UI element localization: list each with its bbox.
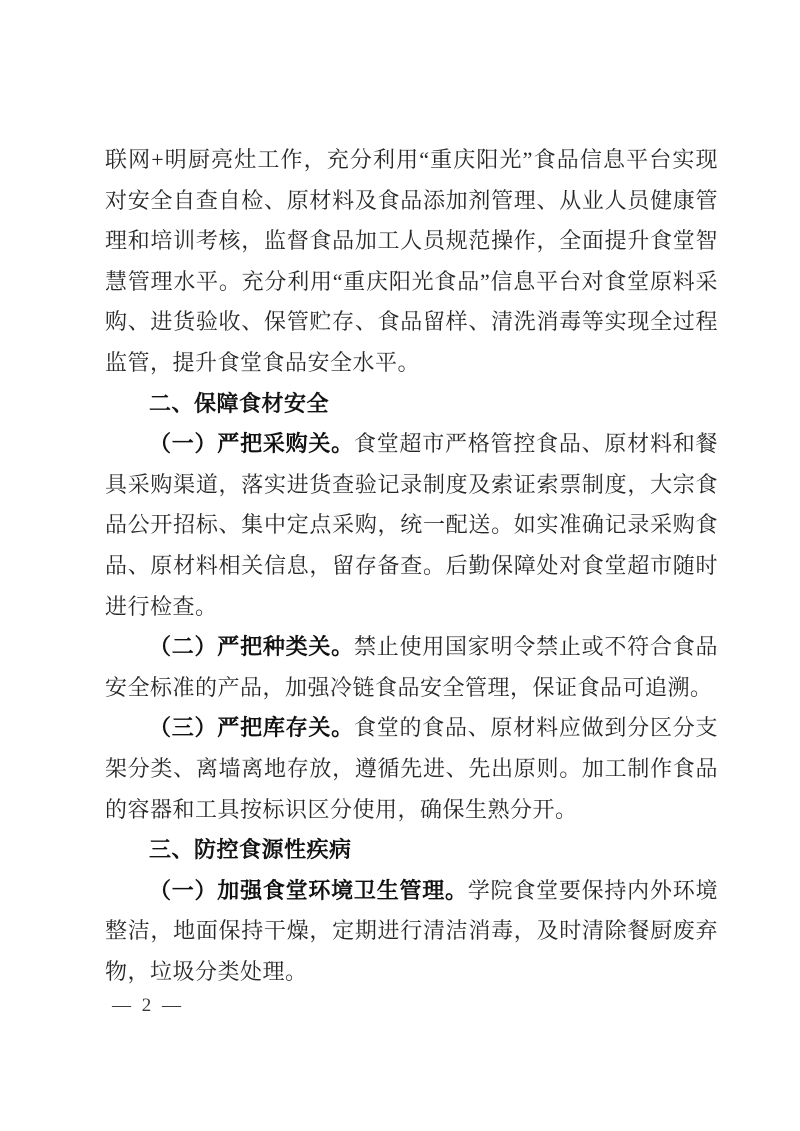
paragraph-lead: （二）严把种类关。 bbox=[149, 634, 354, 659]
paragraph-lead: （一）加强食堂环境卫生管理。 bbox=[149, 878, 468, 903]
paragraph-lead: （三）严把库存关。 bbox=[149, 715, 354, 740]
paragraph: 联网+明厨亮灶工作，充分利用“重庆阳光”食品信息平台实现对安全自查自检、原材料及… bbox=[105, 140, 718, 384]
document-body: 联网+明厨亮灶工作，充分利用“重庆阳光”食品信息平台实现对安全自查自检、原材料及… bbox=[105, 140, 718, 992]
section-heading-text: 三、防控食源性疾病 bbox=[149, 837, 352, 862]
paragraph-lead: （一）严把采购关。 bbox=[149, 431, 354, 456]
document-page: 联网+明厨亮灶工作，充分利用“重庆阳光”食品信息平台实现对安全自查自检、原材料及… bbox=[0, 0, 800, 1131]
paragraph: （一）加强食堂环境卫生管理。学院食堂要保持内外环境整洁，地面保持干燥，定期进行清… bbox=[105, 871, 718, 993]
paragraph: （二）严把种类关。禁止使用国家明令禁止或不符合食品安全标准的产品，加强冷链食品安… bbox=[105, 627, 718, 708]
section-heading: 二、保障食材安全 bbox=[105, 384, 718, 425]
paragraph: （三）严把库存关。食堂的食品、原材料应做到分区分支架分类、离墙离地存放，遵循先进… bbox=[105, 708, 718, 830]
paragraph-text: 食堂超市严格管控食品、原材料和餐具采购渠道，落实进货查验记录制度及索证索票制度，… bbox=[105, 431, 718, 618]
section-heading-text: 二、保障食材安全 bbox=[149, 391, 329, 416]
page-number: — 2 — bbox=[112, 994, 184, 1018]
paragraph-text: 联网+明厨亮灶工作，充分利用“重庆阳光”食品信息平台实现对安全自查自检、原材料及… bbox=[105, 147, 718, 375]
section-heading: 三、防控食源性疾病 bbox=[105, 830, 718, 871]
paragraph: （一）严把采购关。食堂超市严格管控食品、原材料和餐具采购渠道，落实进货查验记录制… bbox=[105, 424, 718, 627]
